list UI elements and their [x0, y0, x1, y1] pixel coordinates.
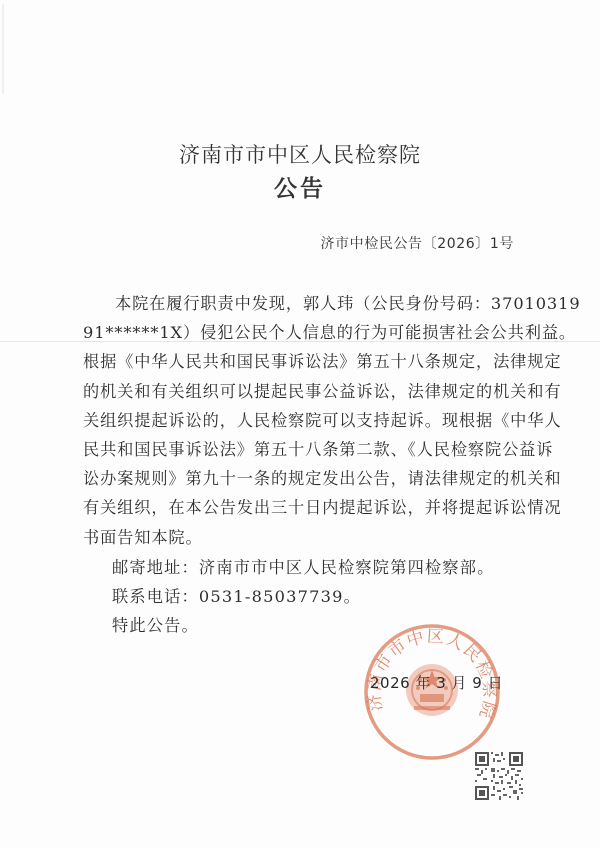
body-line: 讼办案规则》第九十一条的规定发出公告，请法律规定的机关和: [83, 464, 523, 493]
body-line: 91******1X）侵犯公民个人信息的行为可能损害社会公共利益。: [83, 318, 523, 347]
body-line: 民共和国民事诉讼法》第五十八条第二款、《人民检察院公益诉: [83, 435, 523, 464]
qr-code-icon[interactable]: [475, 752, 523, 800]
issue-date: 2026 年 3 月 9 日: [370, 672, 510, 693]
body-line: 书面告知本院。: [83, 523, 523, 552]
body-line: 的机关和有关组织可以提起民事公益诉讼，法律规定的机关和有: [83, 377, 523, 406]
organization-title: 济南市市中区人民检察院: [0, 139, 600, 169]
body-line: 关组织提起诉讼的，人民检察院可以支持起诉。现根据《中华人: [83, 406, 523, 435]
document-title: 公告: [0, 170, 600, 203]
announcement-body: 本院在履行职责中发现，郭人玮（公民身份号码：37010319 91******1…: [83, 289, 523, 552]
body-line: 有关组织，在本公告发出三十日内提起诉讼，并将提起诉讼情况: [83, 493, 523, 522]
body-line: 根据《中华人民共和国民事诉讼法》第五十八条规定，法律规定: [83, 347, 523, 376]
body-line: 本院在履行职责中发现，郭人玮（公民身份号码：37010319: [83, 289, 523, 318]
document-page: 济南市市中区人民检察院 公告 济市中检民公告〔2026〕1号 本院在履行职责中发…: [0, 0, 600, 848]
scan-edge-artifact: [2, 4, 4, 94]
contact-phone: 联系电话：0531-85037739。: [112, 582, 532, 611]
mailing-address: 邮寄地址：济南市市中区人民检察院第四检察部。: [112, 553, 532, 582]
document-number: 济市中检民公告〔2026〕1号: [320, 233, 514, 253]
